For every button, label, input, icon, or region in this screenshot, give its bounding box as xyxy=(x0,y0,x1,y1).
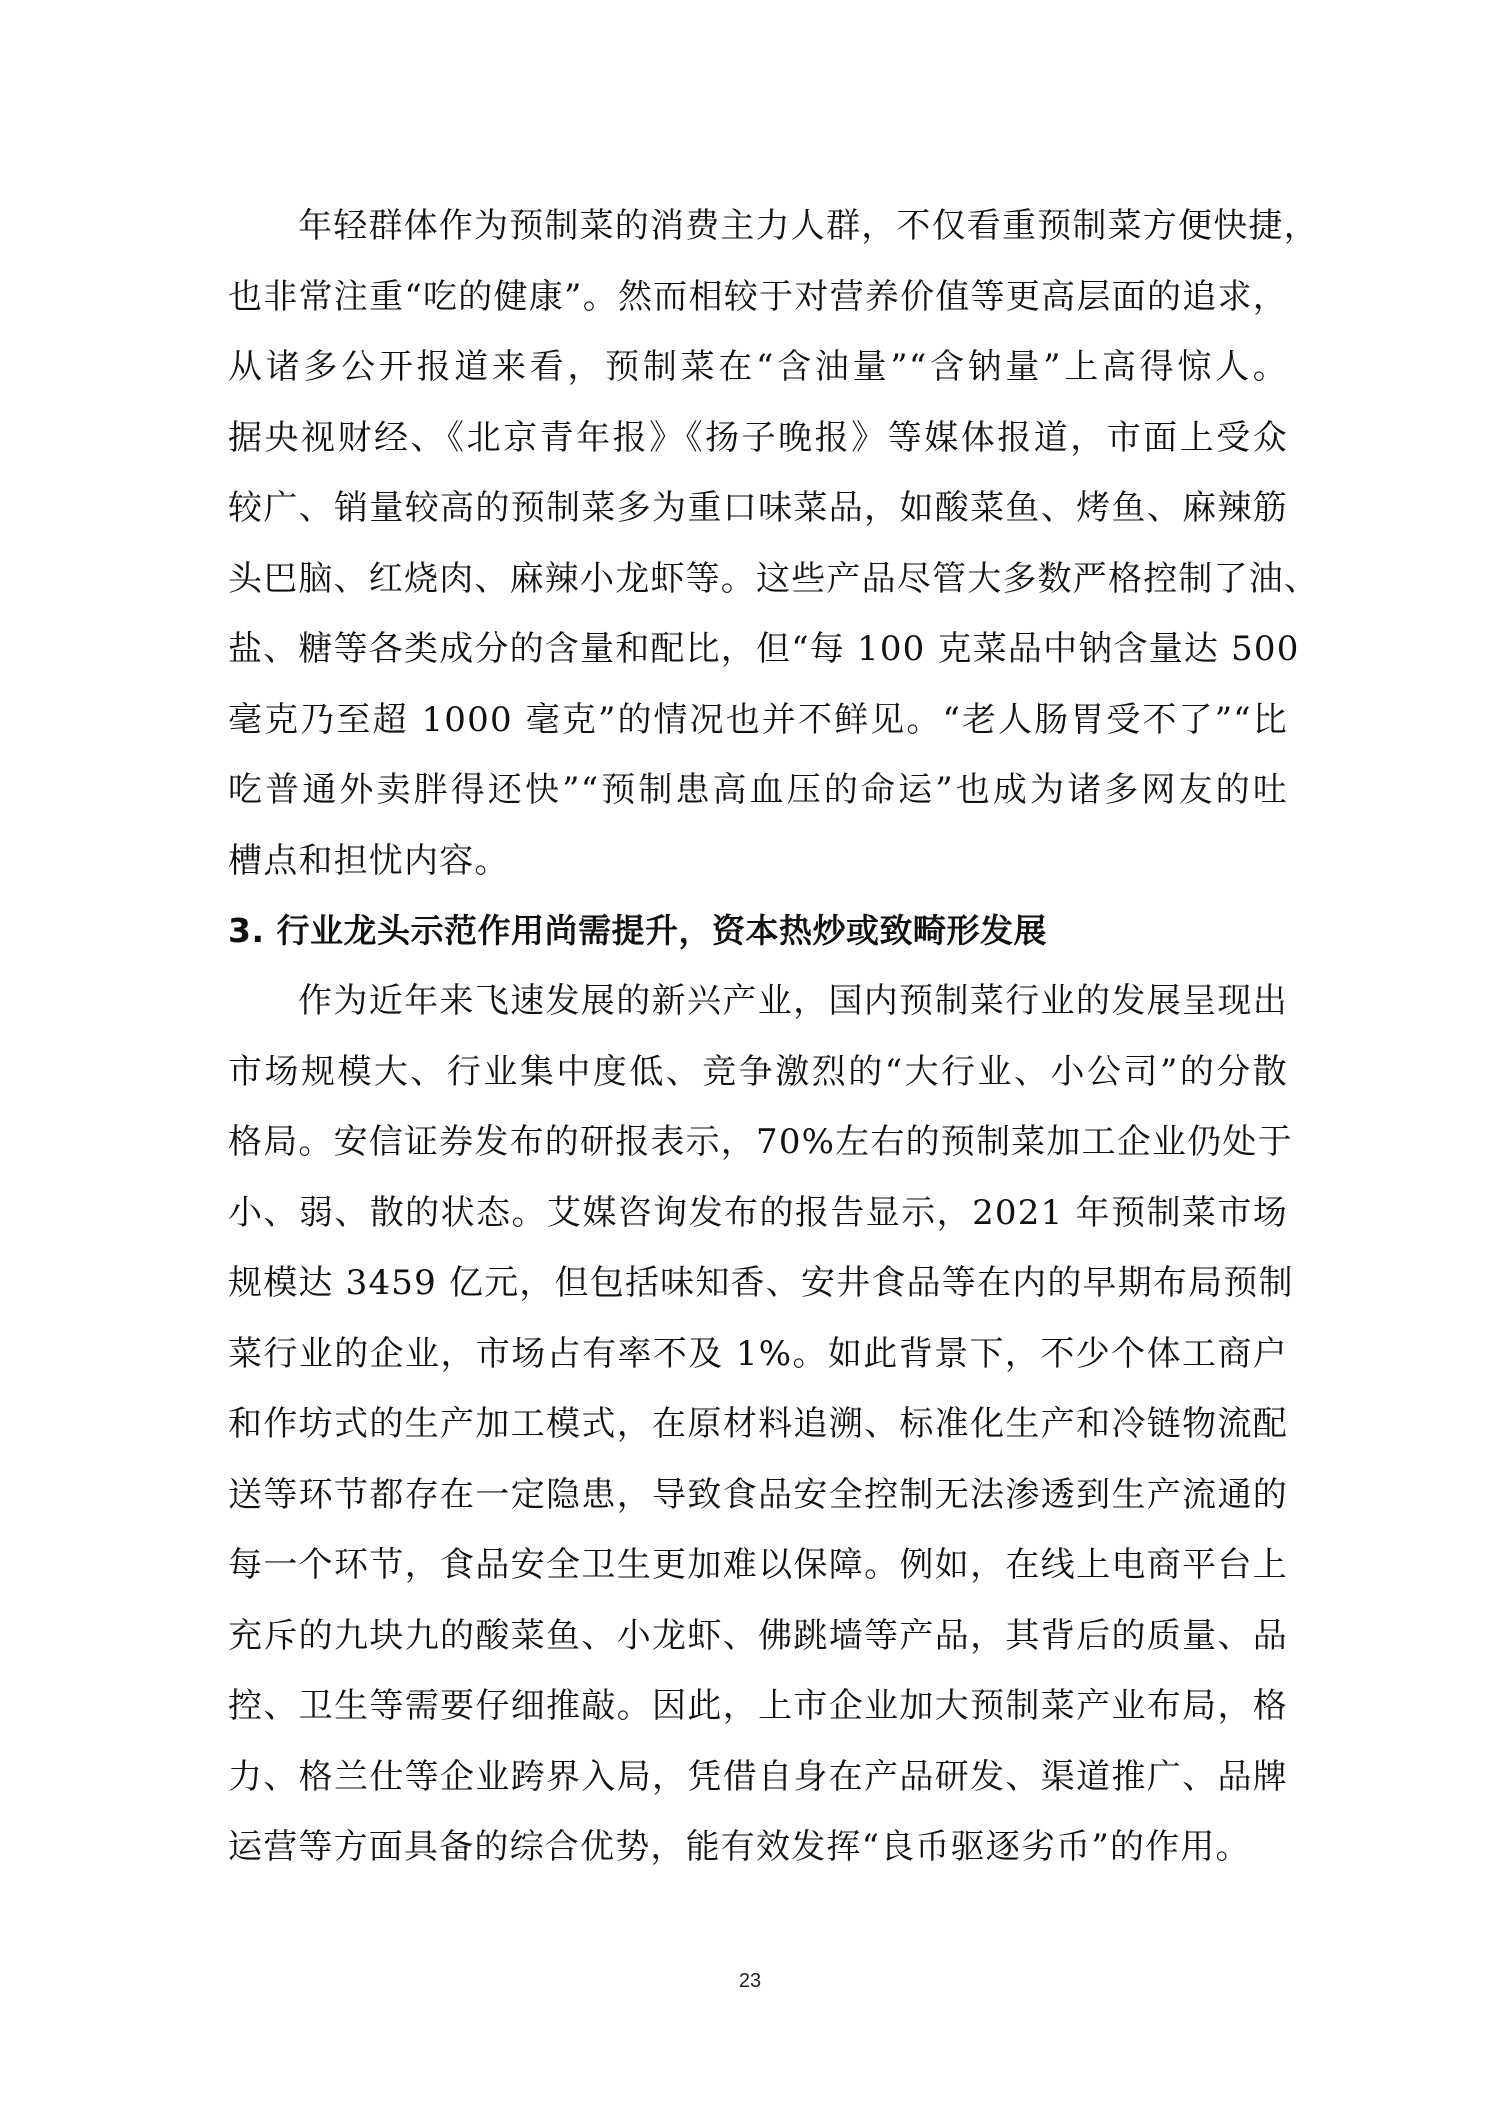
paragraph-consumer-health: 年轻群体作为预制菜的消费主力人群，不仅看重预制菜方便快捷， 也非常注重“吃的健康… xyxy=(228,191,1288,896)
text-line: 吃普通外卖胖得还快”“预制患高血压的命运”也成为诸多网友的吐 xyxy=(228,755,1288,826)
text-line: 盐、糖等各类成分的含量和配比，但“每 100 克菜品中钠含量达 500 xyxy=(228,614,1288,685)
text-line: 送等环节都存在一定隐患，导致食品安全控制无法渗透到生产流通的 xyxy=(228,1460,1288,1531)
text-line: 充斥的九块九的酸菜鱼、小龙虾、佛跳墙等产品，其背后的质量、品 xyxy=(228,1601,1288,1672)
text-line: 和作坊式的生产加工模式，在原材料追溯、标准化生产和冷链物流配 xyxy=(228,1389,1288,1460)
text-line: 年轻群体作为预制菜的消费主力人群，不仅看重预制菜方便快捷， xyxy=(228,191,1288,262)
text-line: 小、弱、散的状态。艾媒咨询发布的报告显示，2021 年预制菜市场 xyxy=(228,1178,1288,1249)
text-line: 作为近年来飞速发展的新兴产业，国内预制菜行业的发展呈现出 xyxy=(228,966,1288,1037)
text-line: 毫克乃至超 1000 毫克”的情况也并不鲜见。“老人肠胃受不了”“比 xyxy=(228,685,1288,756)
text-line: 市场规模大、行业集中度低、竞争激烈的“大行业、小公司”的分散 xyxy=(228,1037,1288,1108)
text-line: 运营等方面具备的综合优势，能有效发挥“良币驱逐劣币”的作用。 xyxy=(228,1812,1288,1883)
text-line: 较广、销量较高的预制菜多为重口味菜品，如酸菜鱼、烤鱼、麻辣筋 xyxy=(228,473,1288,544)
text-line: 格局。安信证券发布的研报表示，70%左右的预制菜加工企业仍处于 xyxy=(228,1107,1288,1178)
text-line: 力、格兰仕等企业跨界入局，凭借自身在产品研发、渠道推广、品牌 xyxy=(228,1742,1288,1813)
paragraph-industry-structure: 作为近年来飞速发展的新兴产业，国内预制菜行业的发展呈现出 市场规模大、行业集中度… xyxy=(228,966,1288,1883)
text-line: 也非常注重“吃的健康”。然而相较于对营养价值等更高层面的追求， xyxy=(228,262,1288,333)
text-line: 头巴脑、红烧肉、麻辣小龙虾等。这些产品尽管大多数严格控制了油、 xyxy=(228,544,1288,615)
text-line: 据央视财经、《北京青年报》《扬子晚报》等媒体报道，市面上受众 xyxy=(228,403,1288,474)
text-line: 菜行业的企业，市场占有率不及 1%。如此背景下，不少个体工商户 xyxy=(228,1319,1288,1390)
text-line: 从诸多公开报道来看，预制菜在“含油量”“含钠量”上高得惊人。 xyxy=(228,332,1288,403)
text-line: 每一个环节，食品安全卫生更加难以保障。例如，在线上电商平台上 xyxy=(228,1530,1288,1601)
section-heading: 3. 行业龙头示范作用尚需提升，资本热炒或致畸形发展 xyxy=(228,896,1047,967)
text-line: 控、卫生等需要仔细推敲。因此，上市企业加大预制菜产业布局，格 xyxy=(228,1671,1288,1742)
text-line: 槽点和担忧内容。 xyxy=(228,826,1288,897)
page-number: 23 xyxy=(0,1970,1500,1993)
text-line: 规模达 3459 亿元，但包括味知香、安井食品等在内的早期布局预制 xyxy=(228,1248,1288,1319)
